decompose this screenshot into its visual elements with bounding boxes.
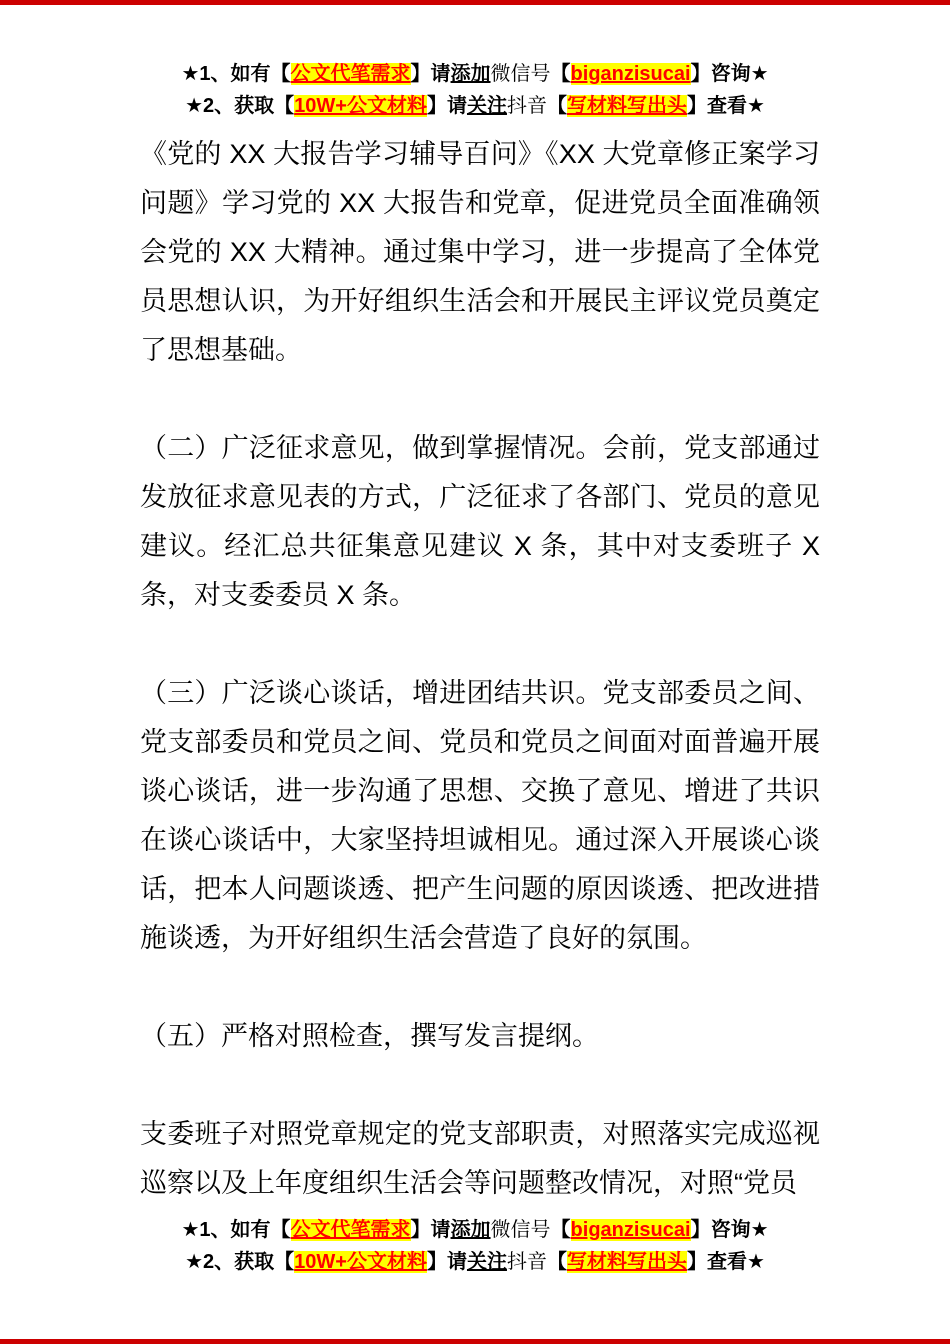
promo-text: 微信号 xyxy=(491,63,551,85)
paragraph: 《党的 XX 大报告学习辅导百问》《XX 大党章修正案学习问题》学习党的 XX … xyxy=(140,130,820,375)
promo-line: ★2、获取【10W+公文材料】请关注抖音【写材料写出头】查看★ xyxy=(0,90,950,122)
promo-text: 微信号 xyxy=(491,1219,551,1241)
promo-text: 】请 xyxy=(427,1251,467,1273)
promo-text: 添加 xyxy=(451,1219,491,1241)
paragraph: （二）广泛征求意见，做到掌握情况。会前，党支部通过发放征求意见表的方式，广泛征求… xyxy=(140,424,820,620)
promo-text: 抖音 xyxy=(507,95,547,117)
promo-text: 】请 xyxy=(411,1219,451,1241)
promo-highlight-text: 公文代笔需求 xyxy=(291,1219,411,1241)
promo-text: 关注 xyxy=(467,95,507,117)
promo-highlight-text: 10W+公文材料 xyxy=(294,1251,427,1273)
promo-text: 【 xyxy=(551,63,571,85)
bottom-rule-line xyxy=(0,1339,950,1344)
paragraph: （三）广泛谈心谈话，增进团结共识。党支部委员之间、党支部委员和党员之间、党员和党… xyxy=(140,669,820,963)
promo-highlight-text: 写材料写出头 xyxy=(567,95,687,117)
promo-text: 】请 xyxy=(411,63,451,85)
promo-highlight-text: biganzisucai xyxy=(571,1219,691,1241)
promo-text: 】咨询★ xyxy=(691,63,769,85)
promo-highlight-text: 写材料写出头 xyxy=(567,1251,687,1273)
promo-text: 】查看★ xyxy=(687,95,765,117)
paragraph: 支委班子对照党章规定的党支部职责，对照落实完成巡视巡察以及上年度组织生活会等问题… xyxy=(140,1110,820,1208)
top-rule-line xyxy=(0,0,950,5)
promo-text: 】咨询★ xyxy=(691,1219,769,1241)
promo-text: 抖音 xyxy=(507,1251,547,1273)
header-promo: ★1、如有【公文代笔需求】请添加微信号【biganzisucai】咨询★★2、获… xyxy=(0,0,950,122)
promo-text: ★2、获取【 xyxy=(185,95,294,117)
document-page: ★1、如有【公文代笔需求】请添加微信号【biganzisucai】咨询★★2、获… xyxy=(0,0,950,1344)
document-body: 《党的 XX 大报告学习辅导百问》《XX 大党章修正案学习问题》学习党的 XX … xyxy=(140,130,820,1208)
footer-promo: ★1、如有【公文代笔需求】请添加微信号【biganzisucai】咨询★★2、获… xyxy=(0,1214,950,1278)
promo-text: ★2、获取【 xyxy=(185,1251,294,1273)
promo-text: 】请 xyxy=(427,95,467,117)
promo-highlight-text: biganzisucai xyxy=(571,63,691,85)
promo-text: 【 xyxy=(547,95,567,117)
promo-text: 【 xyxy=(551,1219,571,1241)
promo-text: 【 xyxy=(547,1251,567,1273)
paragraph: （五）严格对照检查，撰写发言提纲。 xyxy=(140,1012,820,1061)
promo-text: ★1、如有【 xyxy=(181,63,290,85)
promo-text: 添加 xyxy=(451,63,491,85)
promo-highlight-text: 10W+公文材料 xyxy=(294,95,427,117)
promo-line: ★1、如有【公文代笔需求】请添加微信号【biganzisucai】咨询★ xyxy=(0,58,950,90)
promo-line: ★2、获取【10W+公文材料】请关注抖音【写材料写出头】查看★ xyxy=(0,1246,950,1278)
promo-line: ★1、如有【公文代笔需求】请添加微信号【biganzisucai】咨询★ xyxy=(0,1214,950,1246)
promo-text: ★1、如有【 xyxy=(181,1219,290,1241)
promo-highlight-text: 公文代笔需求 xyxy=(291,63,411,85)
promo-text: 关注 xyxy=(467,1251,507,1273)
promo-text: 】查看★ xyxy=(687,1251,765,1273)
